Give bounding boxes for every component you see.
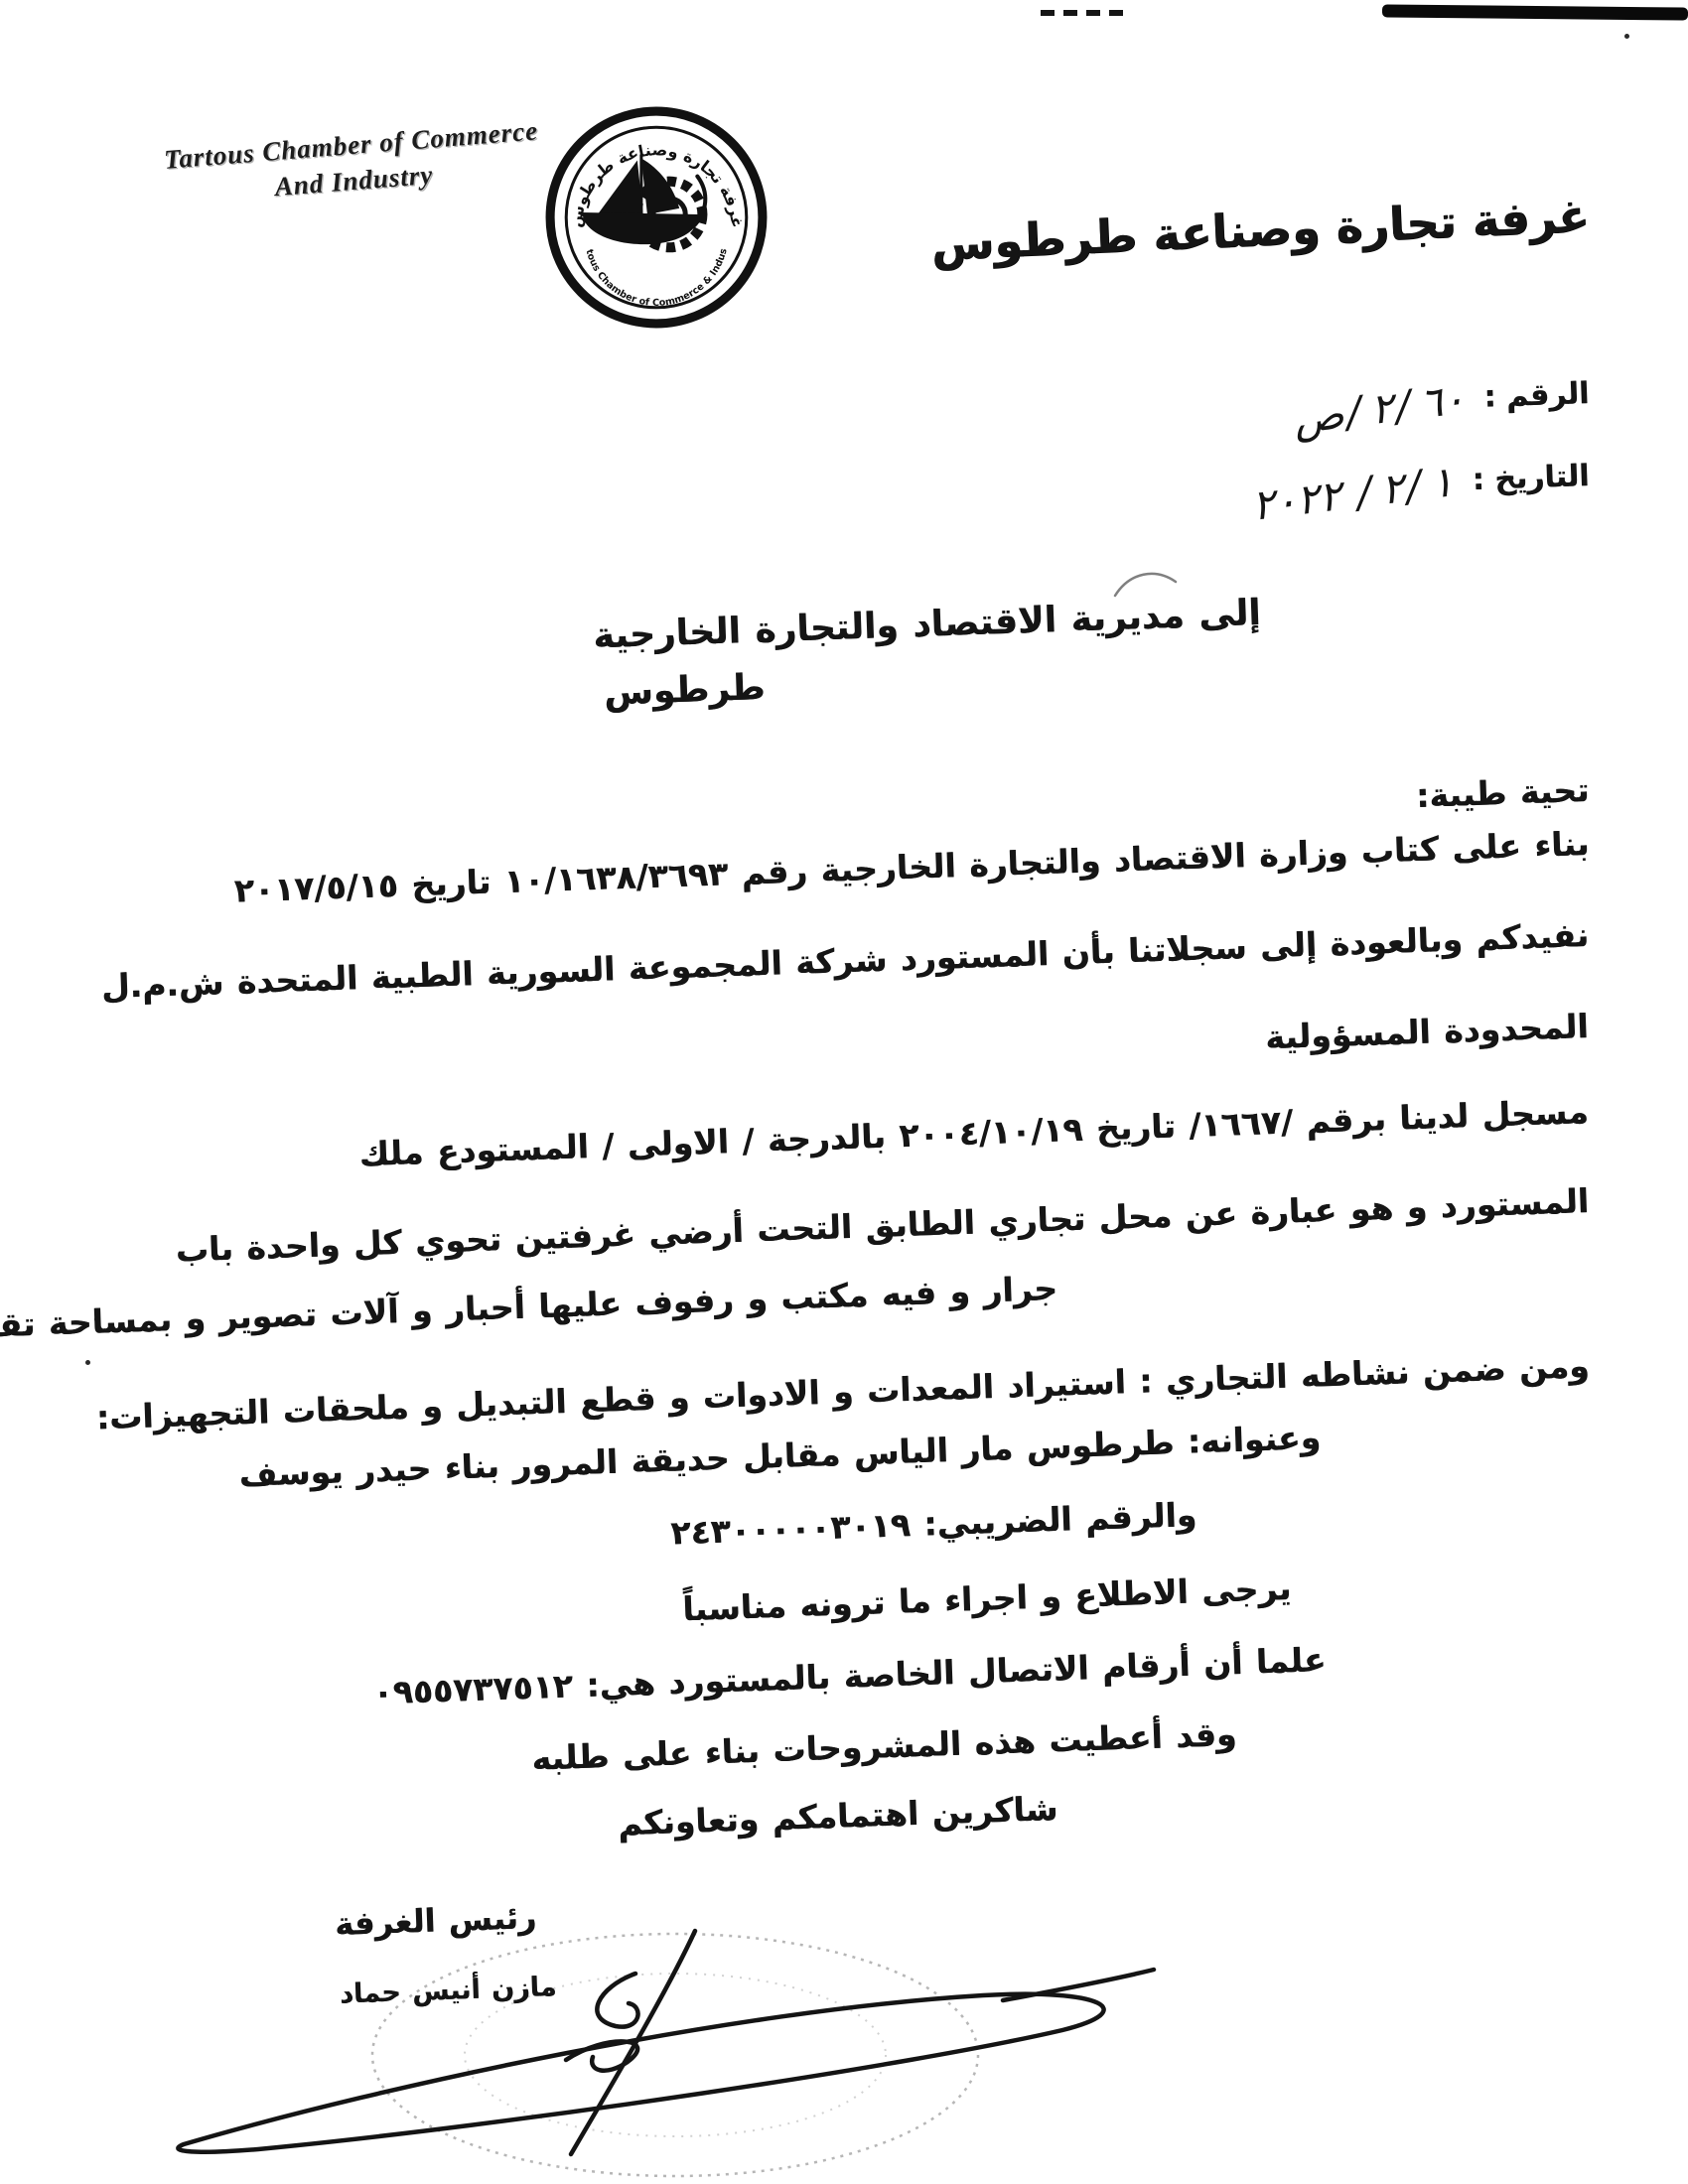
body-line: بناء على كتاب وزارة الاقتصاد والتجارة ال… <box>233 824 1590 910</box>
body-line: وقد أعطيت هذه المشروحات بناء على طلبه <box>530 1714 1236 1778</box>
body-line: جرار و فيه مكتب و رفوف عليها أحبار و آلا… <box>0 1269 1058 1352</box>
reference-number-label: الرقم : <box>1483 376 1590 415</box>
reference-date-label: التاريخ : <box>1472 459 1590 497</box>
reference-date-value: ١ /٢ / ٢٠٢٢ <box>1252 456 1459 530</box>
addressee-city: طرطوس <box>603 667 766 714</box>
scanned-letter-page: Tartous Chamber of Commerce And Industry… <box>0 0 1688 2184</box>
greeting-line: تحية طيبة: <box>1415 770 1590 815</box>
reference-date-row: التاريخ : ١ /٢ / ٢٠٢٢ <box>1253 452 1590 512</box>
reference-number-row: الرقم : ٦٠ /٢ /ص <box>1295 369 1590 428</box>
handwritten-signature-icon <box>178 1931 1154 2154</box>
body-line: المستورد و هو عبارة عن محل تجاري الطابق … <box>175 1181 1590 1270</box>
body-line: شاكرين اهتمامكم وتعاونكم <box>617 1789 1057 1843</box>
body-line-tax-number: والرقم الضريبي: ٢٤٣٠٠٠٠٠٣٠١٩ <box>670 1495 1197 1552</box>
body-line: مسجل لدينا برقم /١٦٦٧/ تاريخ ٢٠٠٤/١٠/١٩ … <box>358 1092 1589 1173</box>
body-line-phone-number: علما أن أرقام الاتصال الخاصة بالمستورد ه… <box>372 1640 1327 1711</box>
chamber-seal-logo: غرفة تجارة وصناعة طرطوس Tartous Chamber … <box>541 102 772 333</box>
addressee-line: إلى مديرية الاقتصاد والتجارة الخارجية <box>593 593 1262 656</box>
arabic-letterhead: غرفة تجارة وصناعة طرطوس <box>929 189 1590 271</box>
signature-and-stamp <box>139 1856 1251 2184</box>
english-letterhead: Tartous Chamber of Commerce And Industry <box>145 111 560 214</box>
body-line: يرجى الاطلاع و اجراء ما ترونه مناسباً <box>682 1569 1292 1628</box>
body-line: وعنوانه: طرطوس مار الياس مقابل حديقة الم… <box>238 1418 1322 1494</box>
scan-streak-artifact <box>1382 4 1688 20</box>
scan-dashes-artifact <box>1041 10 1126 16</box>
body-line: نفيدكم وبالعودة إلى سجلاتنا بأن المستورد… <box>100 915 1589 1006</box>
body-line: المحدودة المسؤولية <box>1265 1007 1590 1056</box>
reference-number-value: ٦٠ /٢ /ص <box>1294 373 1471 444</box>
scan-dot-artifact <box>85 1360 90 1365</box>
scan-dot-artifact <box>1624 34 1629 39</box>
body-line: ومن ضمن نشاطه التجاري : استيراد المعدات … <box>95 1346 1590 1436</box>
